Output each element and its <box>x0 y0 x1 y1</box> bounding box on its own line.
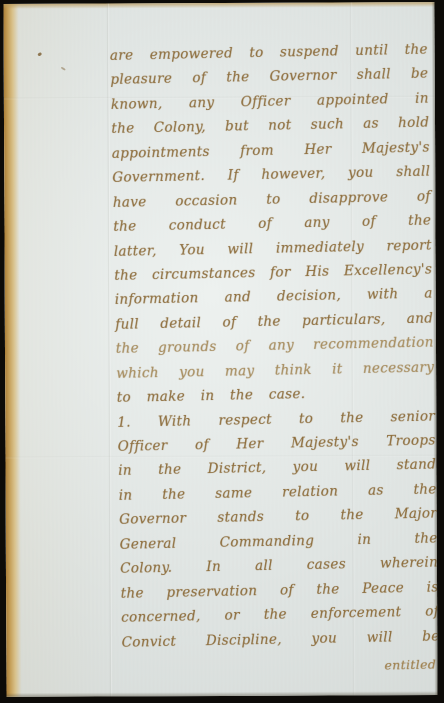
page-edge-left <box>3 4 21 697</box>
ink-speck <box>61 67 66 71</box>
manuscript-text: are empowered to suspend until the pleas… <box>110 44 438 678</box>
manuscript-page: are empowered to suspend until the pleas… <box>3 2 437 697</box>
page-edge-shadow-bottom <box>6 691 437 697</box>
ink-speck <box>37 52 42 57</box>
page-edge-top <box>3 2 434 9</box>
catchword: entitled <box>122 658 437 677</box>
scan-frame: are empowered to suspend until the pleas… <box>0 0 444 703</box>
manuscript-line: Convict Discipline, you will be <box>121 630 437 661</box>
